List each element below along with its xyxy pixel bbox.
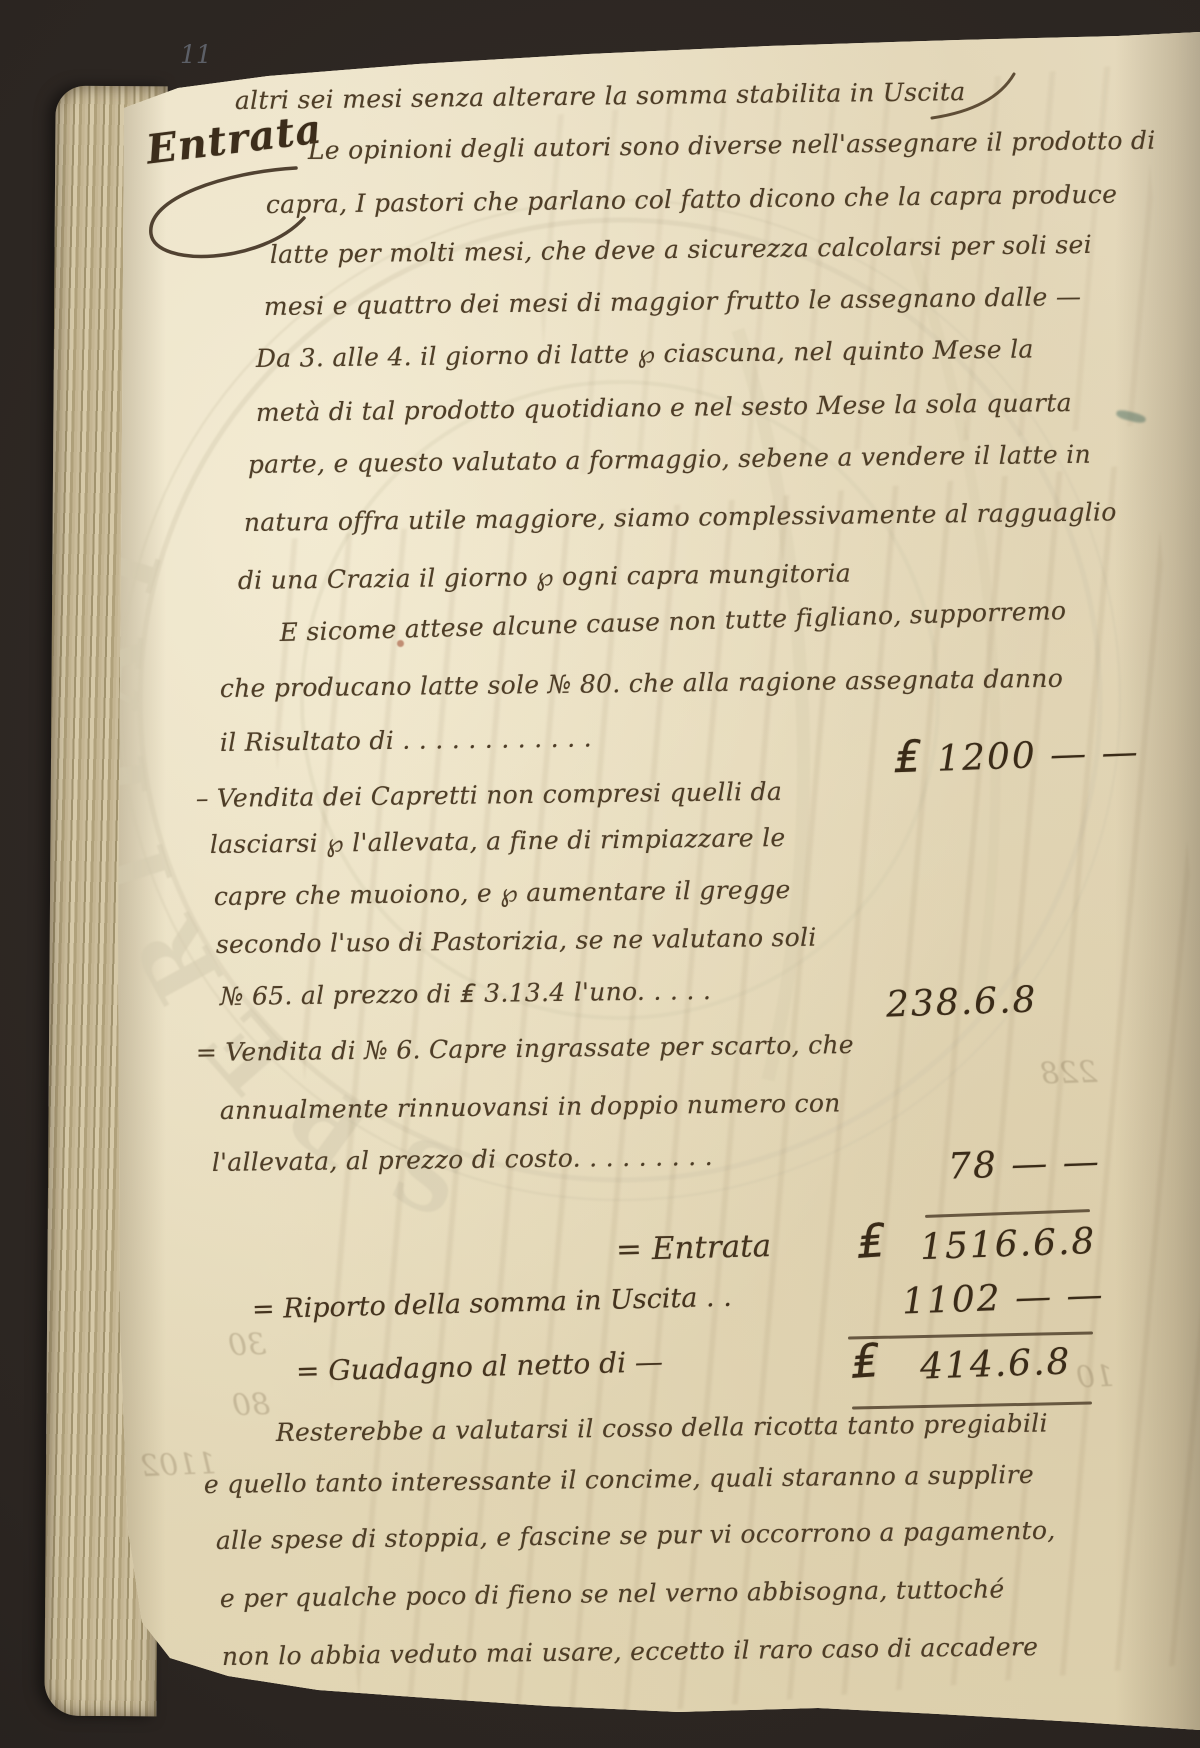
manuscript-line: capre che muoiono, e ℘ aumentare il greg… <box>214 877 791 909</box>
amount-goats-sale: 78 — — <box>947 1141 1101 1187</box>
lira-sign: ₤ <box>854 1213 887 1269</box>
amount-value: 1200 — — <box>936 732 1140 780</box>
page-number: 11 <box>180 40 212 69</box>
manuscript-line: l'allevata, al prezzo di costo. . . . . … <box>212 1144 713 1175</box>
seal-arc-text: SPERITAT <box>118 487 480 1238</box>
bleedthrough-number: 1102 <box>139 1447 217 1485</box>
svg-text:SPERITAT: SPERITAT <box>118 487 480 1238</box>
manuscript-line: = Vendita di № 6. Capre ingrassate per s… <box>196 1032 854 1065</box>
manuscript-line: – Vendita dei Capretti non compresi quel… <box>196 779 783 811</box>
net-gain-value: 414.6.8 <box>919 1341 1072 1387</box>
bleedthrough-number: 30 <box>227 1327 266 1363</box>
archival-photo-scene: SPERITAT 11 Entrata altri sei mesi senza… <box>0 0 1200 1748</box>
manuscript-line: di una Crazia il giorno ℘ ogni capra mun… <box>238 561 851 593</box>
lira-sign: ₤ <box>848 1333 881 1389</box>
amount-kids-sale: 238.6.8 <box>885 979 1038 1025</box>
amount-milk-income: ₤1200 — — <box>892 724 1140 784</box>
manuscript-line: secondo l'uso di Pastorizia, se ne valut… <box>216 925 817 957</box>
bleedthrough-number: 10 <box>1075 1359 1114 1395</box>
lira-sign: ₤ <box>892 731 924 783</box>
manuscript-line: annualmente rinnuovansi in doppio numero… <box>220 1090 841 1123</box>
manuscript-line: il Risultato di . . . . . . . . . . . . <box>220 725 592 755</box>
total-entrata-label: = Entrata <box>616 1228 772 1268</box>
bleedthrough-number: 228 <box>1039 1055 1097 1092</box>
bleedthrough-number: 80 <box>231 1387 270 1423</box>
total-entrata-value: 1516.6.8 <box>919 1221 1097 1268</box>
ink-smudge <box>1115 409 1146 425</box>
riporto-uscita-value: 1102 — — <box>901 1274 1105 1322</box>
manuscript-line: № 65. al prezzo di ₤ 3.13.4 l'uno. . . .… <box>220 978 712 1009</box>
manuscript-line: lasciarsi ℘ l'allevata, a fine di rimpia… <box>210 825 786 857</box>
